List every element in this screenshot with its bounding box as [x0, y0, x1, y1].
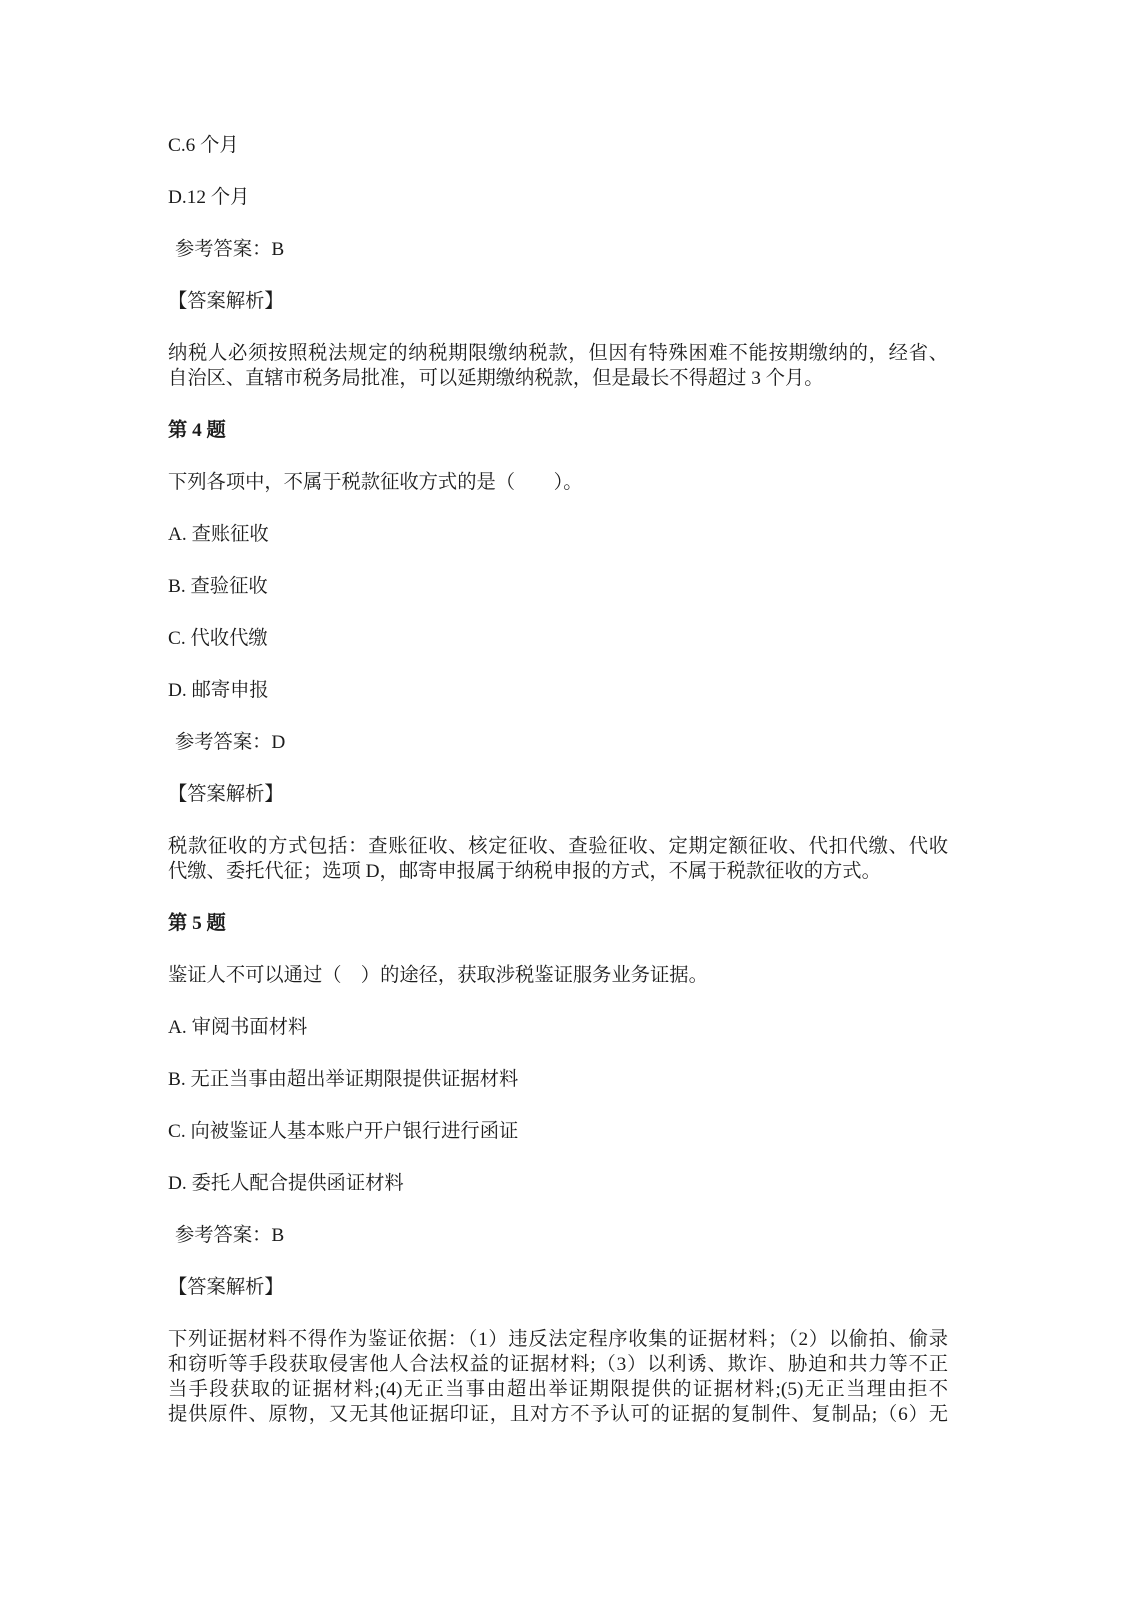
q4-analysis-line: 税款征收的方式包括：查账征收、核定征收、查验征收、定期定额征收、代扣代缴、代收 — [168, 834, 948, 859]
q4-option-c: C. 代收代缴 — [168, 626, 948, 651]
document-page: C.6 个月 D.12 个月 参考答案：B 【答案解析】 纳税人必须按照税法规定… — [0, 0, 1131, 1600]
q5-option-d: D. 委托人配合提供函证材料 — [168, 1171, 948, 1196]
q4-analysis-paragraph: 税款征收的方式包括：查账征收、核定征收、查验征收、定期定额征收、代扣代缴、代收 … — [168, 834, 948, 884]
q5-option-c: C. 向被鉴证人基本账户开户银行进行函证 — [168, 1119, 948, 1144]
q5-analysis-line: 提供原件、原物，又无其他证据印证，且对方不予认可的证据的复制件、复制品;（6）无 — [168, 1402, 948, 1427]
q5-stem: 鉴证人不可以通过（ ）的途径，获取涉税鉴证服务业务证据。 — [168, 963, 948, 988]
q3-option-c: C.6 个月 — [168, 133, 948, 158]
q3-analysis-line: 自治区、直辖市税务局批准，可以延期缴纳税款，但是最长不得超过 3 个月。 — [168, 366, 948, 391]
q4-analysis-heading: 【答案解析】 — [168, 782, 948, 807]
q3-reference-answer: 参考答案：B — [168, 237, 948, 262]
q3-analysis-heading: 【答案解析】 — [168, 289, 948, 314]
q5-reference-answer: 参考答案：B — [168, 1223, 948, 1248]
q5-analysis-line: 下列证据材料不得作为鉴证依据：（1）违反法定程序收集的证据材料；（2）以偷拍、偷… — [168, 1327, 948, 1352]
q4-option-d: D. 邮寄申报 — [168, 678, 948, 703]
q5-option-a: A. 审阅书面材料 — [168, 1015, 948, 1040]
q4-reference-answer: 参考答案：D — [168, 730, 948, 755]
q4-analysis-line: 代缴、委托代征；选项 D，邮寄申报属于纳税申报的方式，不属于税款征收的方式。 — [168, 859, 948, 884]
q5-analysis-heading: 【答案解析】 — [168, 1275, 948, 1300]
q3-option-d: D.12 个月 — [168, 185, 948, 210]
q3-analysis-paragraph: 纳税人必须按照税法规定的纳税期限缴纳税款，但因有特殊困难不能按期缴纳的，经省、 … — [168, 341, 948, 391]
q3-analysis-line: 纳税人必须按照税法规定的纳税期限缴纳税款，但因有特殊困难不能按期缴纳的，经省、 — [168, 341, 948, 366]
q5-analysis-line: 和窃听等手段获取侵害他人合法权益的证据材料;（3）以利诱、欺诈、胁迫和共力等不正 — [168, 1352, 948, 1377]
q5-heading: 第 5 题 — [168, 911, 948, 936]
q5-analysis-line: 当手段获取的证据材料;(4)无正当事由超出举证期限提供的证据材料;(5)无正当理… — [168, 1377, 948, 1402]
q5-analysis-paragraph: 下列证据材料不得作为鉴证依据：（1）违反法定程序收集的证据材料；（2）以偷拍、偷… — [168, 1327, 948, 1427]
q4-heading: 第 4 题 — [168, 418, 948, 443]
q4-option-a: A. 查账征收 — [168, 522, 948, 547]
document-content: C.6 个月 D.12 个月 参考答案：B 【答案解析】 纳税人必须按照税法规定… — [168, 133, 948, 1454]
q4-option-b: B. 查验征收 — [168, 574, 948, 599]
q5-option-b: B. 无正当事由超出举证期限提供证据材料 — [168, 1067, 948, 1092]
q4-stem: 下列各项中，不属于税款征收方式的是（ ）。 — [168, 470, 948, 495]
